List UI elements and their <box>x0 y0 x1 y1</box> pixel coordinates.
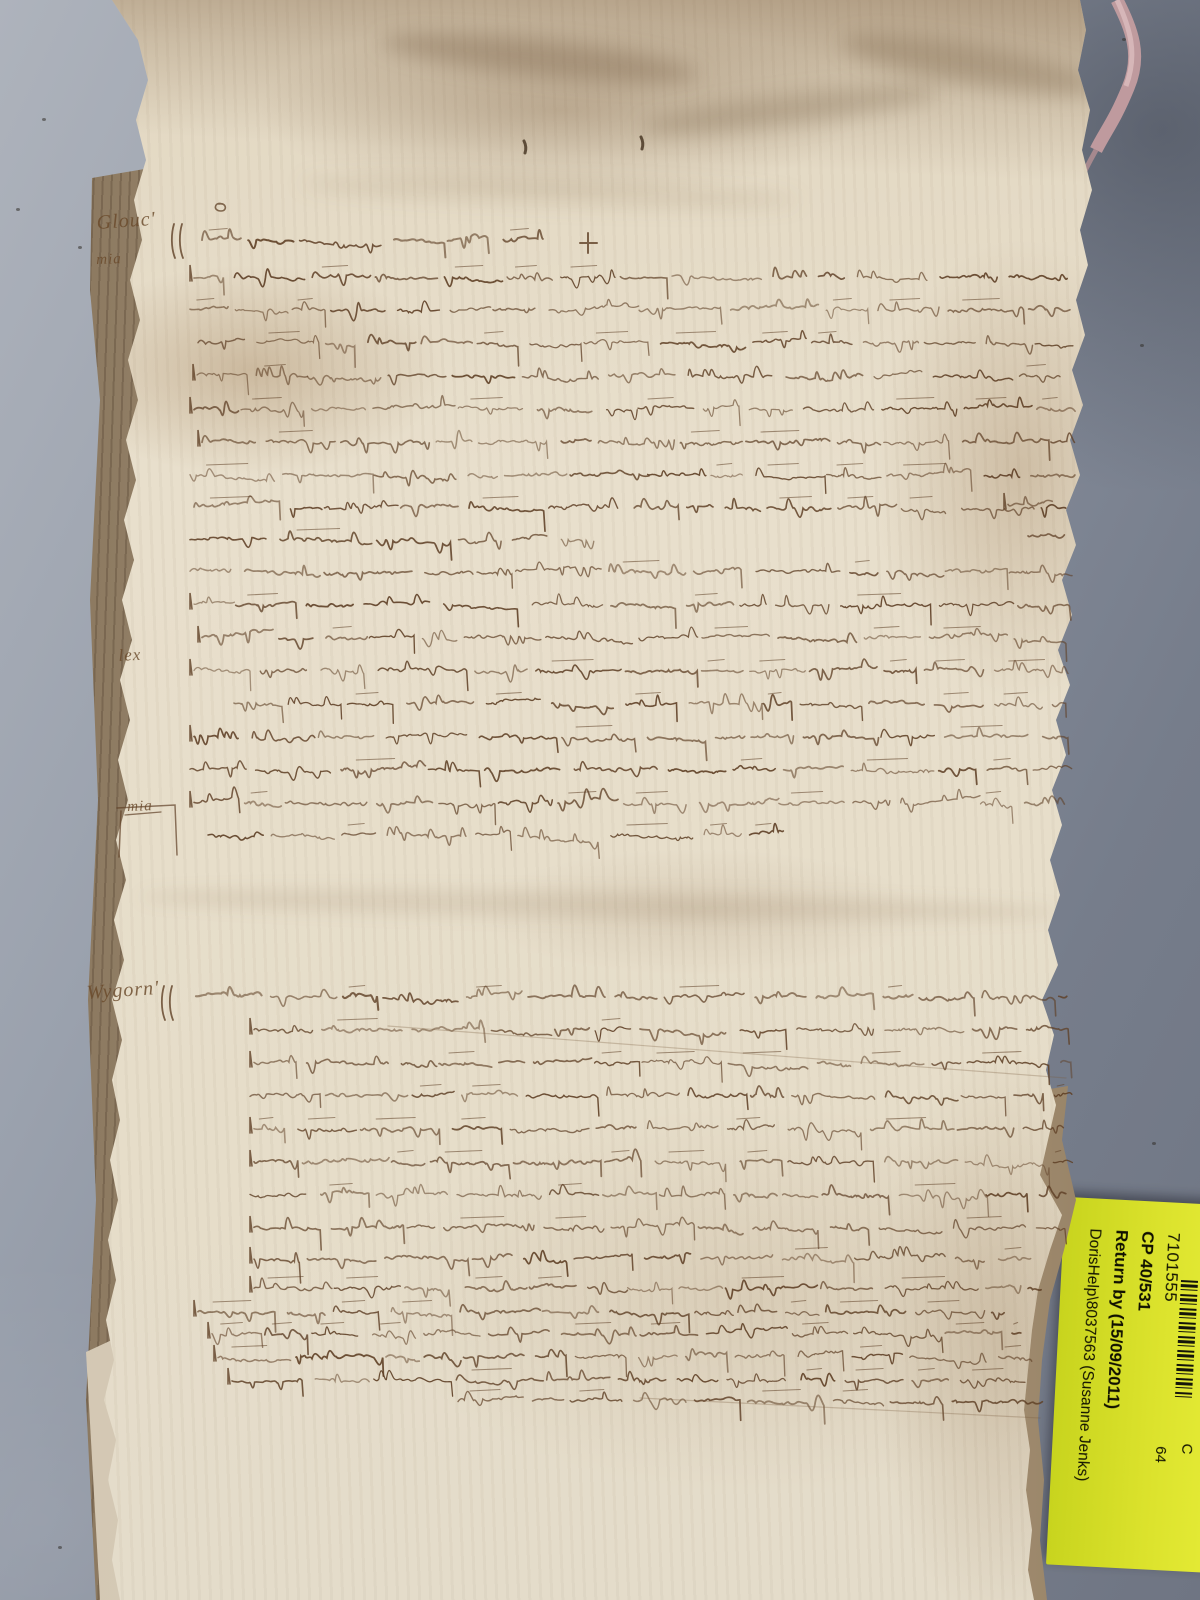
order-number: 7101555 <box>1160 1232 1184 1303</box>
document-reference: CP 40/531 <box>1133 1231 1157 1312</box>
archival-photograph: C 7101555 64 CP 40/531 Return by (15/09/… <box>0 0 1200 1600</box>
return-by-date: Return by (15/09/2011) <box>1102 1229 1131 1409</box>
dust-speck <box>16 208 20 211</box>
sticky-note: C 7101555 64 CP 40/531 Return by (15/09/… <box>1046 1197 1200 1574</box>
dust-speck <box>1140 344 1144 347</box>
requester-id: DorisHelp\8037563 (Susanne Jenks) <box>1072 1228 1103 1482</box>
dust-speck <box>1152 1142 1156 1145</box>
dust-speck <box>78 246 82 249</box>
seat-number: 64 <box>1151 1446 1169 1464</box>
parchment-membrane <box>0 0 1200 1600</box>
wrinkle-shadow <box>300 171 801 212</box>
fold-shadow <box>140 884 1060 926</box>
dust-speck <box>58 1546 62 1549</box>
dust-speck <box>1122 38 1126 41</box>
wrinkle-shadow <box>379 23 701 92</box>
wrinkle-shadow <box>639 77 940 143</box>
seat-row: C <box>1178 1443 1196 1455</box>
dust-speck <box>42 118 46 121</box>
